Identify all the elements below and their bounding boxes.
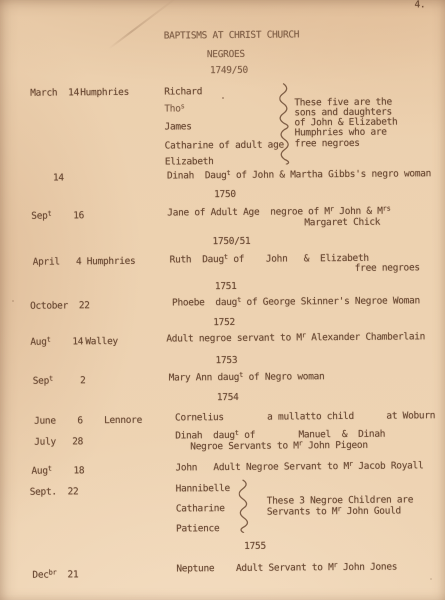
group-note-line: free negroes: [295, 138, 360, 150]
record-description: Ruth Daugt of John & Elizabeth: [170, 253, 369, 267]
record-surname: Walley: [85, 336, 118, 347]
year-heading: 1755: [244, 541, 266, 552]
document-content: 4. BAPTISMS AT CHRIST CHURCH NEGROES 174…: [0, 0, 445, 600]
record-description: Dinah Daugt of John & Martha Gibbs's neg…: [167, 168, 431, 182]
baptized-name: Elizabeth: [165, 156, 214, 167]
record-description: Phoebe daugt of George Skinner's Negroe …: [172, 295, 420, 309]
doc-subtitle: NEGROES: [207, 49, 245, 60]
baptized-name: Hannibelle: [176, 483, 230, 494]
record-description-cont: Negroe Servants to Mr John Pigeon: [190, 440, 368, 454]
record-description-cont: free negroes: [355, 262, 420, 274]
record-date: July 28: [34, 436, 83, 447]
record-date: 14: [53, 172, 64, 183]
record-description: John Adult Negroe Servant to Mr Jacob Ro…: [175, 460, 423, 474]
baptized-name: Thos: [164, 103, 184, 115]
record-date: June 6: [34, 415, 83, 426]
record-date: Augt 14: [30, 336, 83, 348]
record-date: October 22: [30, 300, 90, 312]
record-description-cont: Margaret Chick: [304, 217, 380, 229]
baptized-name: Catharine: [176, 503, 225, 514]
year-heading: 1750: [214, 189, 236, 200]
year-heading: 1749/50: [210, 65, 248, 76]
record-surname: Humphries: [87, 256, 136, 267]
scanned-document-page: 4. BAPTISMS AT CHRIST CHURCH NEGROES 174…: [0, 0, 445, 600]
year-heading: 1750/51: [212, 236, 250, 247]
record-date: Decbr 21: [32, 569, 78, 581]
record-description: Mary Ann daugt of Negro woman: [169, 371, 325, 384]
record-description: Neptune Adult Servant to Mr John Jones: [176, 562, 397, 576]
record-description: Adult negroe servant to Mr Alexander Cha…: [166, 331, 425, 345]
record-date: April 4: [33, 256, 82, 267]
baptized-name: Richard: [164, 86, 202, 97]
record-date: March 14: [30, 87, 79, 98]
curly-brace-icon: [279, 82, 292, 164]
record-date: Sept 2: [33, 375, 86, 387]
year-heading: 1753: [215, 355, 237, 366]
page-number: 4.: [414, 0, 425, 10]
record-description: Cornelius a mullatto child at Woburn: [175, 410, 435, 423]
year-heading: 1751: [215, 281, 237, 292]
group-note-line: Servants to Mr John Gould: [267, 506, 401, 519]
baptized-name: Catharine of adult age: [165, 140, 284, 152]
baptized-name: Patience: [176, 523, 219, 534]
curly-brace-icon: [239, 479, 251, 533]
record-surname: Lennore: [104, 415, 142, 426]
year-heading: 1752: [213, 317, 235, 328]
record-surname: Humphries: [80, 87, 129, 98]
doc-title: BAPTISMS AT CHRIST CHURCH: [164, 29, 300, 41]
record-date: Sept 16: [31, 210, 84, 222]
record-date: Sept. 22: [30, 486, 79, 497]
group-note-line: Humphries who are: [295, 127, 387, 139]
record-date: Augt 18: [31, 465, 84, 477]
baptized-name: James: [164, 121, 191, 132]
year-heading: 1754: [217, 392, 239, 403]
